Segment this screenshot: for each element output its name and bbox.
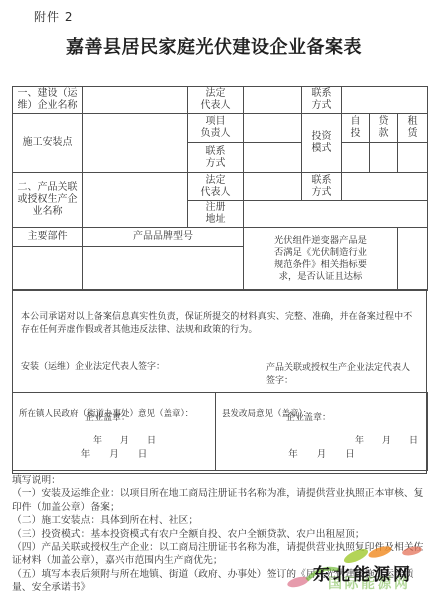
installer-sign-label: 安装（运维）企业法定代表人签字： — [21, 362, 165, 389]
invest-mode-label: 投资 模式 — [302, 114, 342, 173]
pv-standard-note: 光伏组件逆变器产品是 否满足《光伏制造行业 规范条件》相关指标要 求，是否认证且… — [244, 228, 398, 291]
legal-rep-label-2: 法定 代表人 — [188, 173, 244, 201]
builder-name-blank-cell — [83, 87, 188, 114]
pv-standard-blank-cell — [398, 228, 428, 291]
attachment-label: 附件 2 — [34, 8, 73, 25]
install-site-blank-cell — [83, 114, 188, 173]
producer-sign-label: 产品关联或授权生产企业法定代表人签字： — [266, 362, 418, 389]
invest-option-self-label: 自 投 — [342, 114, 370, 143]
main-parts-blank-cell — [13, 247, 83, 291]
legal-rep-label-1: 法定 代表人 — [188, 87, 244, 114]
registration-table: 一、建设（运 维）企业名称 法定 代表人 联系 方式 施工安装点 项目 负责人 … — [12, 86, 428, 291]
town-opinion-cell: 所在镇人民政府（街道办事处）意见（盖章）： 年 月 日 — [13, 393, 216, 471]
producer-name-label: 二、产品关联 或授权生产企 业名称 — [13, 173, 83, 228]
invest-loan-blank-cell — [370, 143, 398, 173]
main-parts-label: 主要部件 — [13, 228, 83, 247]
county-opinion-date-label: 年 月 日 — [216, 449, 427, 460]
builder-name-label: 一、建设（运 维）企业名称 — [13, 87, 83, 114]
note-item-2: （二）施工安装点：具体到所在村、社区； — [12, 514, 424, 527]
watermark-main-text: 东北能源网 — [313, 560, 413, 585]
contact-label-1: 联系 方式 — [302, 87, 342, 114]
county-opinion-label: 县发改局意见（盖章）： — [222, 409, 311, 419]
contact-blank-cell-2 — [244, 143, 302, 173]
legal-rep-blank-cell-2 — [244, 173, 302, 201]
contact-blank-cell-1 — [342, 87, 428, 114]
invest-rent-blank-cell — [398, 143, 428, 173]
contact-label-2: 联系 方式 — [188, 143, 244, 173]
reg-address-blank-cell — [244, 201, 428, 228]
brand-model-blank-cell — [83, 247, 244, 291]
invest-self-blank-cell — [342, 143, 370, 173]
county-opinion-cell: 县发改局意见（盖章）： 年 月 日 — [216, 393, 428, 471]
note-item-1: （一）安装及运维企业：以项目所在地工商局注册证书名称为准，请提供营业执照正本审核… — [12, 487, 424, 514]
town-opinion-date-label: 年 月 日 — [13, 449, 215, 460]
project-manager-label: 项目 负责人 — [188, 114, 244, 143]
contact-label-3: 联系 方式 — [302, 173, 342, 201]
producer-name-blank-cell — [83, 173, 188, 228]
reg-address-label: 注册 地址 — [188, 201, 244, 228]
contact-blank-cell-3 — [342, 173, 428, 201]
signature-row: 安装（运维）企业法定代表人签字： 产品关联或授权生产企业法定代表人签字： — [21, 362, 418, 389]
watermark: 国际能源网 东北能源网 — [281, 539, 428, 599]
opinions-table: 所在镇人民政府（街道办事处）意见（盖章）： 年 月 日 县发改局意见（盖章）： … — [12, 392, 428, 471]
commitment-text: 本公司承诺对以上备案信息真实性负责，保证所提交的材料真实、完整、准确，并在备案过… — [21, 311, 418, 338]
invest-option-rent-label: 租 赁 — [398, 114, 428, 143]
notes-heading: 填写说明： — [12, 474, 424, 487]
legal-rep-blank-cell-1 — [244, 87, 302, 114]
install-site-label: 施工安装点 — [13, 114, 83, 173]
project-manager-blank-cell — [244, 114, 302, 143]
town-opinion-label: 所在镇人民政府（街道办事处）意见（盖章）： — [19, 409, 193, 419]
page-title: 嘉善县居民家庭光伏建设企业备案表 — [0, 33, 428, 59]
invest-option-loan-label: 贷 款 — [370, 114, 398, 143]
brand-model-label: 产品品牌型号 — [83, 228, 244, 247]
